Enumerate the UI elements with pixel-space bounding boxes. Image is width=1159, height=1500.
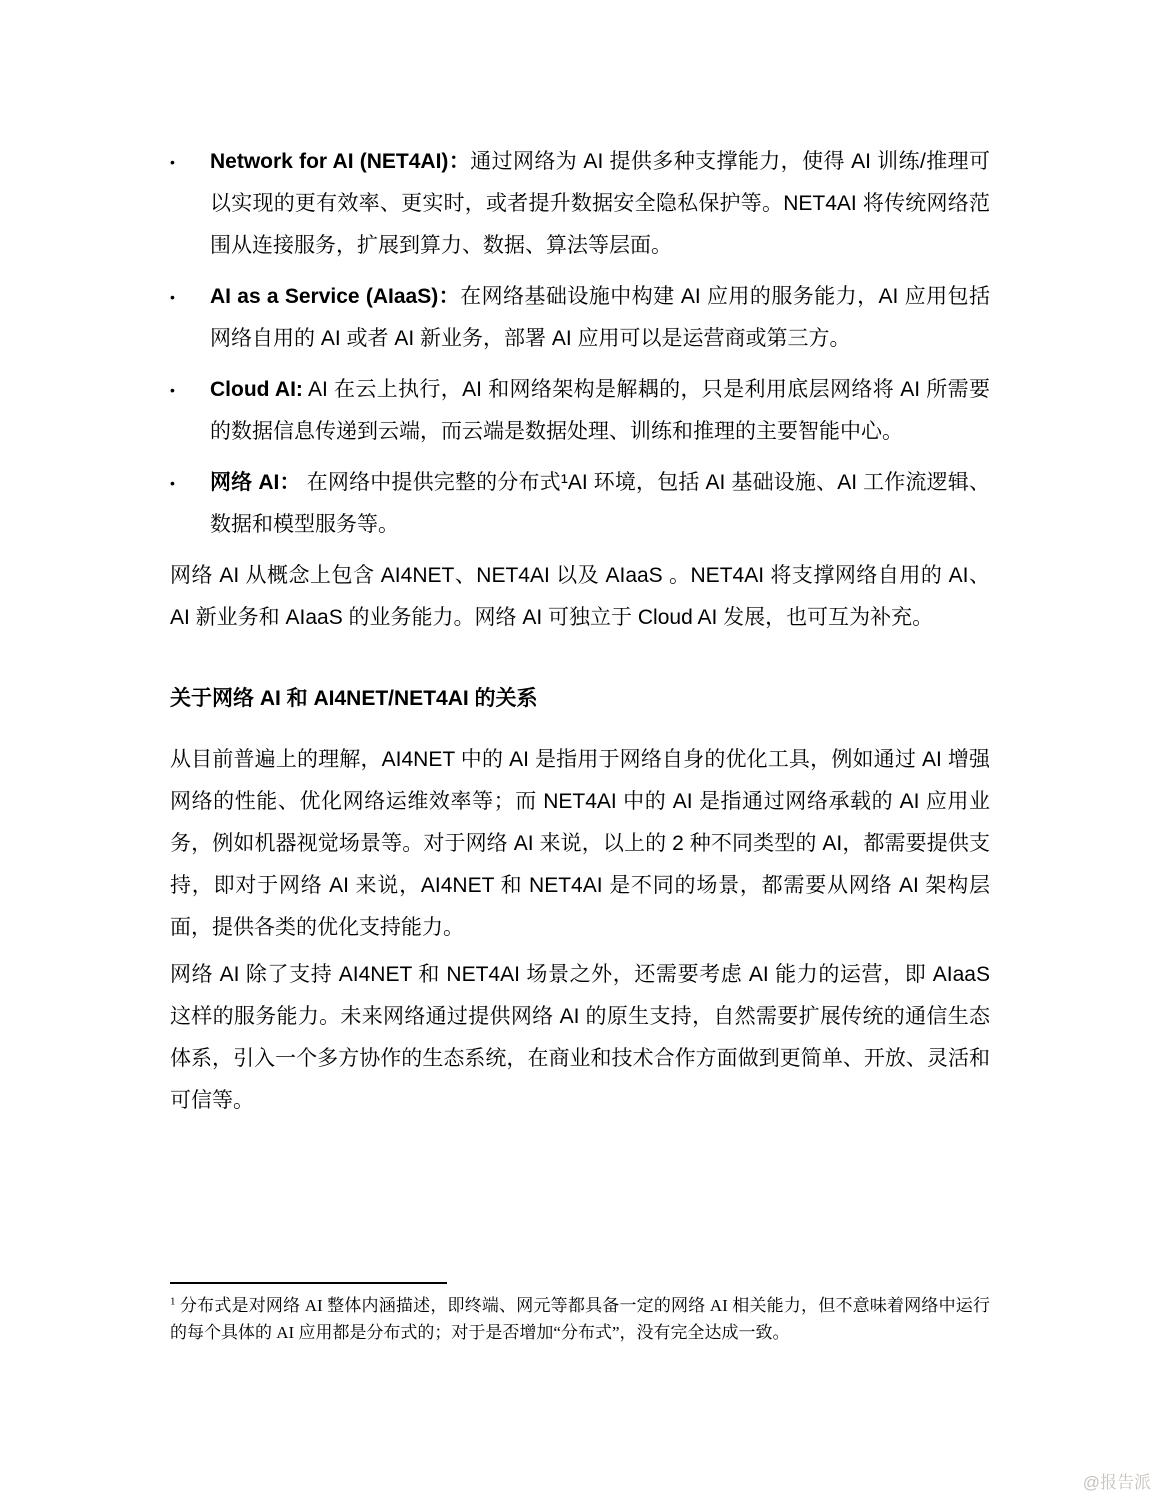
bullet-marker-icon: •	[170, 276, 210, 360]
bullet-text-aiaas: AI as a Service (AIaaS)：在网络基础设施中构建 AI 应用…	[210, 276, 990, 360]
bullet-lead-aiaas: AI as a Service (AIaaS)：	[210, 285, 460, 308]
bullet-item-network-ai: • 网络 AI： 在网络中提供完整的分布式¹AI 环境，包括 AI 基础设施、A…	[170, 462, 990, 546]
bullet-lead-network-ai: 网络 AI：	[210, 471, 301, 494]
bullet-body-cloud-ai: AI 在云上执行，AI 和网络架构是解耦的，只是利用底层网络将 AI 所需要的数…	[210, 378, 990, 443]
footnote-marker: 1	[170, 1295, 176, 1307]
section-heading-relationship: 关于网络 AI 和 AI4NET/NET4AI 的关系	[170, 678, 990, 720]
paragraph-ai4net-vs-net4ai: 从目前普遍上的理解，AI4NET 中的 AI 是指用于网络自身的优化工具，例如通…	[170, 739, 990, 949]
bullet-text-net4ai: Network for AI (NET4AI)：通过网络为 AI 提供多种支撑能…	[210, 141, 990, 267]
footnote-divider	[170, 1282, 447, 1284]
document-content: • Network for AI (NET4AI)：通过网络为 AI 提供多种支…	[170, 141, 990, 1122]
bullet-item-net4ai: • Network for AI (NET4AI)：通过网络为 AI 提供多种支…	[170, 141, 990, 267]
footnote-body: 分布式是对网络 AI 整体内涵描述，即终端、网元等都具备一定的网络 AI 相关能…	[170, 1296, 990, 1342]
paragraph-aiaas-operation: 网络 AI 除了支持 AI4NET 和 NET4AI 场景之外，还需要考虑 AI…	[170, 954, 990, 1122]
bullet-lead-net4ai: Network for AI (NET4AI)：	[210, 150, 470, 173]
bullet-marker-icon: •	[170, 369, 210, 453]
bullet-text-cloud-ai: Cloud AI: AI 在云上执行，AI 和网络架构是解耦的，只是利用底层网络…	[210, 369, 990, 453]
footnote-section: 1 分布式是对网络 AI 整体内涵描述，即终端、网元等都具备一定的网络 AI 相…	[170, 1282, 990, 1346]
bullet-marker-icon: •	[170, 462, 210, 546]
footnote: 1 分布式是对网络 AI 整体内涵描述，即终端、网元等都具备一定的网络 AI 相…	[170, 1292, 990, 1346]
bullet-item-aiaas: • AI as a Service (AIaaS)：在网络基础设施中构建 AI …	[170, 276, 990, 360]
bullet-item-cloud-ai: • Cloud AI: AI 在云上执行，AI 和网络架构是解耦的，只是利用底层…	[170, 369, 990, 453]
document-page: • Network for AI (NET4AI)：通过网络为 AI 提供多种支…	[0, 0, 1159, 1500]
bullet-marker-icon: •	[170, 141, 210, 267]
watermark: @报告派	[1083, 1468, 1151, 1493]
bullet-text-network-ai: 网络 AI： 在网络中提供完整的分布式¹AI 环境，包括 AI 基础设施、AI …	[210, 462, 990, 546]
paragraph-concept-scope: 网络 AI 从概念上包含 AI4NET、NET4AI 以及 AIaaS 。NET…	[170, 555, 990, 639]
bullet-body-network-ai: 在网络中提供完整的分布式¹AI 环境，包括 AI 基础设施、AI 工作流逻辑、数…	[210, 471, 990, 536]
bullet-lead-cloud-ai: Cloud AI:	[210, 378, 303, 401]
definition-bullet-list: • Network for AI (NET4AI)：通过网络为 AI 提供多种支…	[170, 141, 990, 546]
